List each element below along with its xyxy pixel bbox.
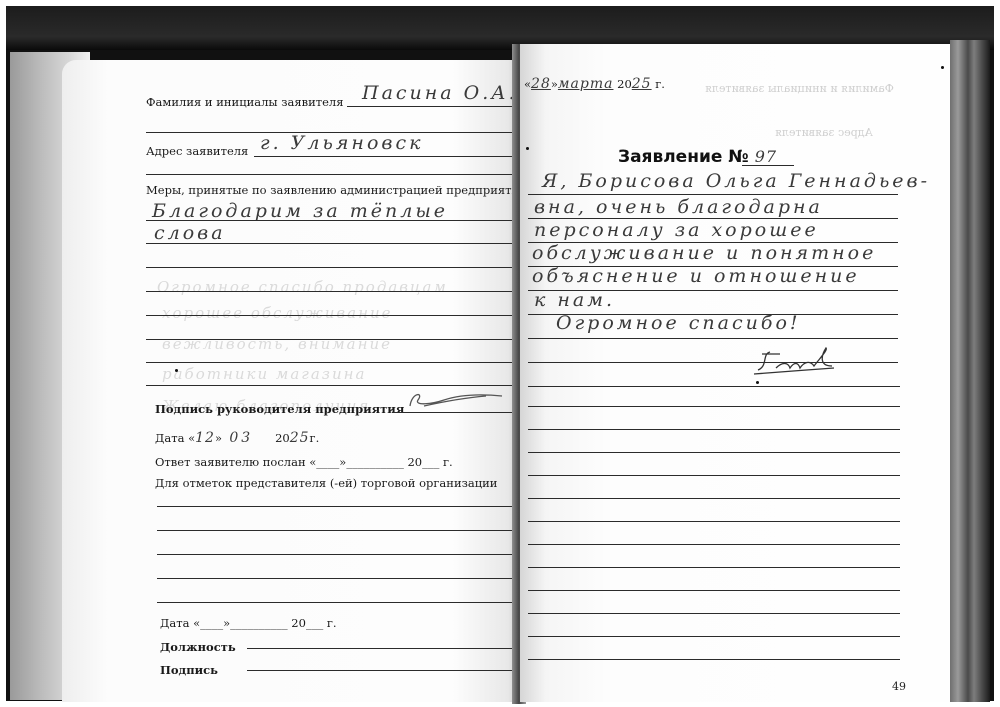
measures-line-2: слова [154,222,226,244]
form-line [528,659,900,660]
page-number: 49 [892,680,906,693]
form-line [157,578,522,579]
ink-dot [175,369,178,372]
bottom-date-label: Дата «____»__________ 20___ г. [160,616,337,630]
form-line [146,243,522,244]
form-line [528,194,898,195]
manager-signature [402,386,512,412]
form-line [146,267,522,268]
applicant-address-label: Адрес заявителя [146,144,248,158]
form-line [528,362,898,363]
form-line [528,498,900,499]
form-line [157,506,522,507]
manager-signature-line [392,412,522,413]
ink-dot [526,147,529,150]
measures-line-1: Благодарим за тёплые [152,200,448,222]
applicant-address-line [254,156,522,157]
statement-line-3: персоналу за хорошее [534,219,819,241]
ink-dot [941,66,944,69]
bleed-through-text: работники магазина [162,365,366,383]
applicant-name-value: Пасина О.А. [362,82,518,104]
statement-date-month: марта [558,76,614,92]
form-line [157,530,522,531]
form-line [528,406,900,407]
statement-title: Заявление № 97 [618,147,777,167]
signature-label: Подпись [160,663,218,677]
right-page: Фамилия и инициалы заявителя Адрес заяви… [520,44,950,702]
rep-marks-label: Для отметок представителя (-ей) торговой… [155,476,497,490]
manager-signature-label: Подпись руководителя предприятия [155,402,404,416]
form-line [528,429,900,430]
form-line [146,362,522,363]
statement-date-year: 25 [632,76,652,92]
signature-line [247,670,522,671]
statement-date: «28»марта 2025 г. [524,76,665,92]
applicant-name-line [347,106,522,107]
statement-number-line [742,165,794,166]
form-line [528,475,900,476]
position-label: Должность [160,640,236,654]
statement-number: 97 [755,147,777,166]
statement-line-7: Огромное спасибо! [556,312,801,334]
form-line [528,613,900,614]
bleed-through-text: хорошее обслуживание [162,304,393,322]
statement-line-1: Я, Борисова Ольга Геннадьев- [542,170,930,192]
applicant-address-value: г. Ульяновск [260,132,423,154]
form-line [146,291,522,292]
reply-sent-label: Ответ заявителю послан «____»__________ … [155,455,453,469]
ink-dot [756,381,759,384]
applicant-name-label: Фамилия и инициалы заявителя [146,95,344,109]
bleed-through-text: Огромное спасибо продавцам [157,278,448,296]
statement-line-2: вна, очень благодарна [534,196,823,218]
form-line [146,174,522,175]
form-line [528,386,900,387]
form-line [157,602,522,603]
form-line [528,636,900,637]
form-line [146,220,522,221]
applicant-signature: Борис [748,344,838,378]
statement-line-6: к нам. [534,289,615,311]
decision-date-month: 03 [229,430,253,446]
form-line [528,590,900,591]
decision-date-year: 25 [290,430,310,446]
book-right-page-edges [950,40,990,702]
form-line [146,339,522,340]
form-line [146,315,522,316]
decision-date: Дата «12» 03 2025г. [155,430,319,446]
bleed-through-text: Адрес заявителя [775,126,873,139]
measures-label: Меры, принятые по заявлению администраци… [146,183,522,197]
position-line [247,648,522,649]
decision-date-day: 12 [195,430,215,446]
form-line [528,544,900,545]
form-line [528,338,898,339]
statement-line-5: объяснение и отношение [532,265,860,287]
form-line [528,567,900,568]
form-line [528,452,900,453]
form-line [157,554,522,555]
statement-date-day: 28 [531,76,551,92]
bleed-through-text: вежливость, внимание [162,335,392,353]
statement-line-4: обслуживание и понятное [532,242,876,264]
bleed-through-text: Фамилия и инициалы заявителя [705,82,894,95]
form-line [528,521,900,522]
left-page: Огромное спасибо продавцам хорошее обслу… [62,60,522,702]
